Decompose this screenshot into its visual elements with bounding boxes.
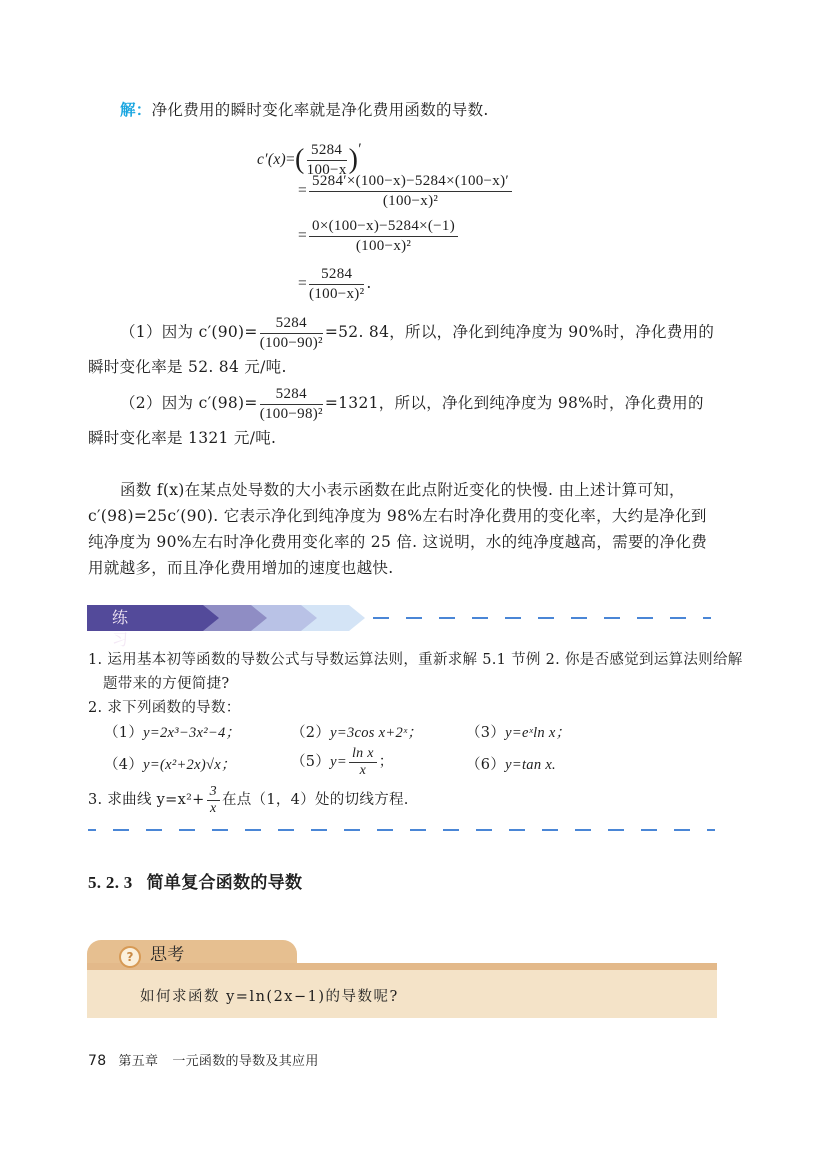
derivation-step-1: c′(x)=(5284100−x)′ xyxy=(257,128,362,172)
frac-den: x xyxy=(349,763,377,779)
think-title: 思考 xyxy=(150,945,185,965)
solution-label: 解： xyxy=(120,101,152,119)
frac-num: 5284 xyxy=(260,314,323,334)
frac-den: (100−x)² xyxy=(309,237,458,256)
item-label: （5） xyxy=(291,754,330,770)
chapter-number: 第五章 xyxy=(118,1054,158,1069)
item-expr: y=3cos x+2ˣ； xyxy=(330,725,422,741)
discussion-line-3: 纯净度为 90%左右时净化费用变化率的 25 倍. 这说明，水的纯净度越高，需要… xyxy=(88,532,707,552)
frac-num: 5284′×(100−x)−5284×(100−x)′ xyxy=(309,172,512,192)
item-expr: y=2x³−3x²−4； xyxy=(143,725,240,741)
frac-den: x xyxy=(207,801,220,817)
item-label: （4） xyxy=(104,757,143,773)
page-footer: 78第五章一元函数的导数及其应用 xyxy=(88,1051,319,1072)
solution-intro-text: 净化费用的瞬时变化率就是净化费用函数的导数. xyxy=(152,101,489,119)
derivation-step-4: =5284(100−x)². xyxy=(298,261,372,305)
section-title: 简单复合函数的导数 xyxy=(147,873,303,893)
item-expr: y=eˣln x； xyxy=(505,725,570,741)
section-heading: 5. 2. 3简单复合函数的导数 xyxy=(88,873,302,893)
item-label: （6） xyxy=(466,757,505,773)
prime-mark: ′ xyxy=(358,141,362,158)
item-expr: y=tan x. xyxy=(505,757,556,773)
practice-item-6: （6）y=tan x. xyxy=(466,755,556,775)
item-label: （1） xyxy=(104,725,143,741)
think-text: 如何求函数 y=ln(2x−1)的导数呢? xyxy=(140,987,399,1007)
period: . xyxy=(366,274,371,292)
part-2-line-1: （2）因为 c′(98)=5284(100−98)²=1321，所以，净化到纯净… xyxy=(120,381,704,425)
part-2-line-2: 瞬时变化率是 1321 元/吨. xyxy=(88,428,276,448)
practice-title: 练习 xyxy=(112,607,128,651)
practice-top-dashed-line xyxy=(373,617,711,619)
derivation-lhs: c′(x) xyxy=(257,151,286,168)
practice-q1-line-1: 1. 运用基本初等函数的导数公式与导数运算法则，重新求解 5.1 节例 2. 你… xyxy=(88,650,743,670)
frac-num: 0×(100−x)−5284×(−1) xyxy=(309,217,458,237)
part-1-line-2: 瞬时变化率是 52. 84 元/吨. xyxy=(88,357,287,377)
item-expr: y= xyxy=(330,754,347,770)
section-number: 5. 2. 3 xyxy=(88,873,133,892)
item-label: （2） xyxy=(291,725,330,741)
frac-den: (100−98)² xyxy=(260,405,323,424)
practice-item-3: （3）y=eˣln x； xyxy=(466,723,570,743)
frac-num: 5284 xyxy=(309,265,364,285)
practice-item-4: （4）y=(x²+2x)√x； xyxy=(104,755,236,775)
frac-num: 5284 xyxy=(307,141,347,161)
page-number: 78 xyxy=(88,1053,106,1069)
frac-den: (100−x)² xyxy=(309,285,364,304)
derivation-step-3: =0×(100−x)−5284×(−1)(100−x)² xyxy=(298,213,460,257)
discussion-line-4: 用就越多，而且净化费用增加的速度也越快. xyxy=(88,558,393,578)
practice-item-1: （1）y=2x³−3x²−4； xyxy=(104,723,240,743)
part-1-suffix: =52. 84，所以，净化到纯净度为 90%时，净化费用的 xyxy=(325,323,714,341)
chapter-title: 一元函数的导数及其应用 xyxy=(172,1054,318,1069)
derivation-step-2: =5284′×(100−x)−5284×(100−x)′(100−x)² xyxy=(298,168,514,212)
solution-intro: 解：净化费用的瞬时变化率就是净化费用函数的导数. xyxy=(120,100,489,120)
item-expr: y=(x²+2x)√x； xyxy=(143,757,236,773)
q3-suffix: 在点（1，4）处的切线方程. xyxy=(222,792,409,808)
practice-q1-line-2: 题带来的方便简捷? xyxy=(103,674,229,694)
frac-num: 5284 xyxy=(260,385,323,405)
discussion-line-1: 函数 f(x)在某点处导数的大小表示函数在此点附近变化的快慢. 由上述计算可知， xyxy=(120,480,685,500)
frac-num: 3 xyxy=(207,784,220,801)
part-1-prefix: （1）因为 c′(90)= xyxy=(120,323,258,341)
practice-bottom-dashed-line xyxy=(88,829,715,831)
frac-den: (100−90)² xyxy=(260,334,323,353)
item-suffix: ； xyxy=(379,754,394,770)
part-2-suffix: =1321，所以，净化到纯净度为 98%时，净化费用的 xyxy=(325,394,704,412)
q3-prefix: 3. 求曲线 y=x²+ xyxy=(88,792,205,808)
practice-q3: 3. 求曲线 y=x²+3x在点（1，4）处的切线方程. xyxy=(88,780,409,820)
discussion-line-2: c′(98)=25c′(90). 它表示净化到纯净度为 98%左右时净化费用的变… xyxy=(88,506,707,526)
practice-q2: 2. 求下列函数的导数： xyxy=(88,698,241,718)
question-icon: ? xyxy=(119,946,141,968)
practice-item-5: （5）y=ln xx； xyxy=(291,740,394,784)
part-2-prefix: （2）因为 c′(98)= xyxy=(120,394,258,412)
frac-num: ln x xyxy=(349,746,377,763)
practice-banner-arrows xyxy=(87,605,377,631)
part-1-line-1: （1）因为 c′(90)=5284(100−90)²=52. 84，所以，净化到… xyxy=(120,310,714,354)
frac-den: (100−x)² xyxy=(309,192,512,211)
item-label: （3） xyxy=(466,725,505,741)
